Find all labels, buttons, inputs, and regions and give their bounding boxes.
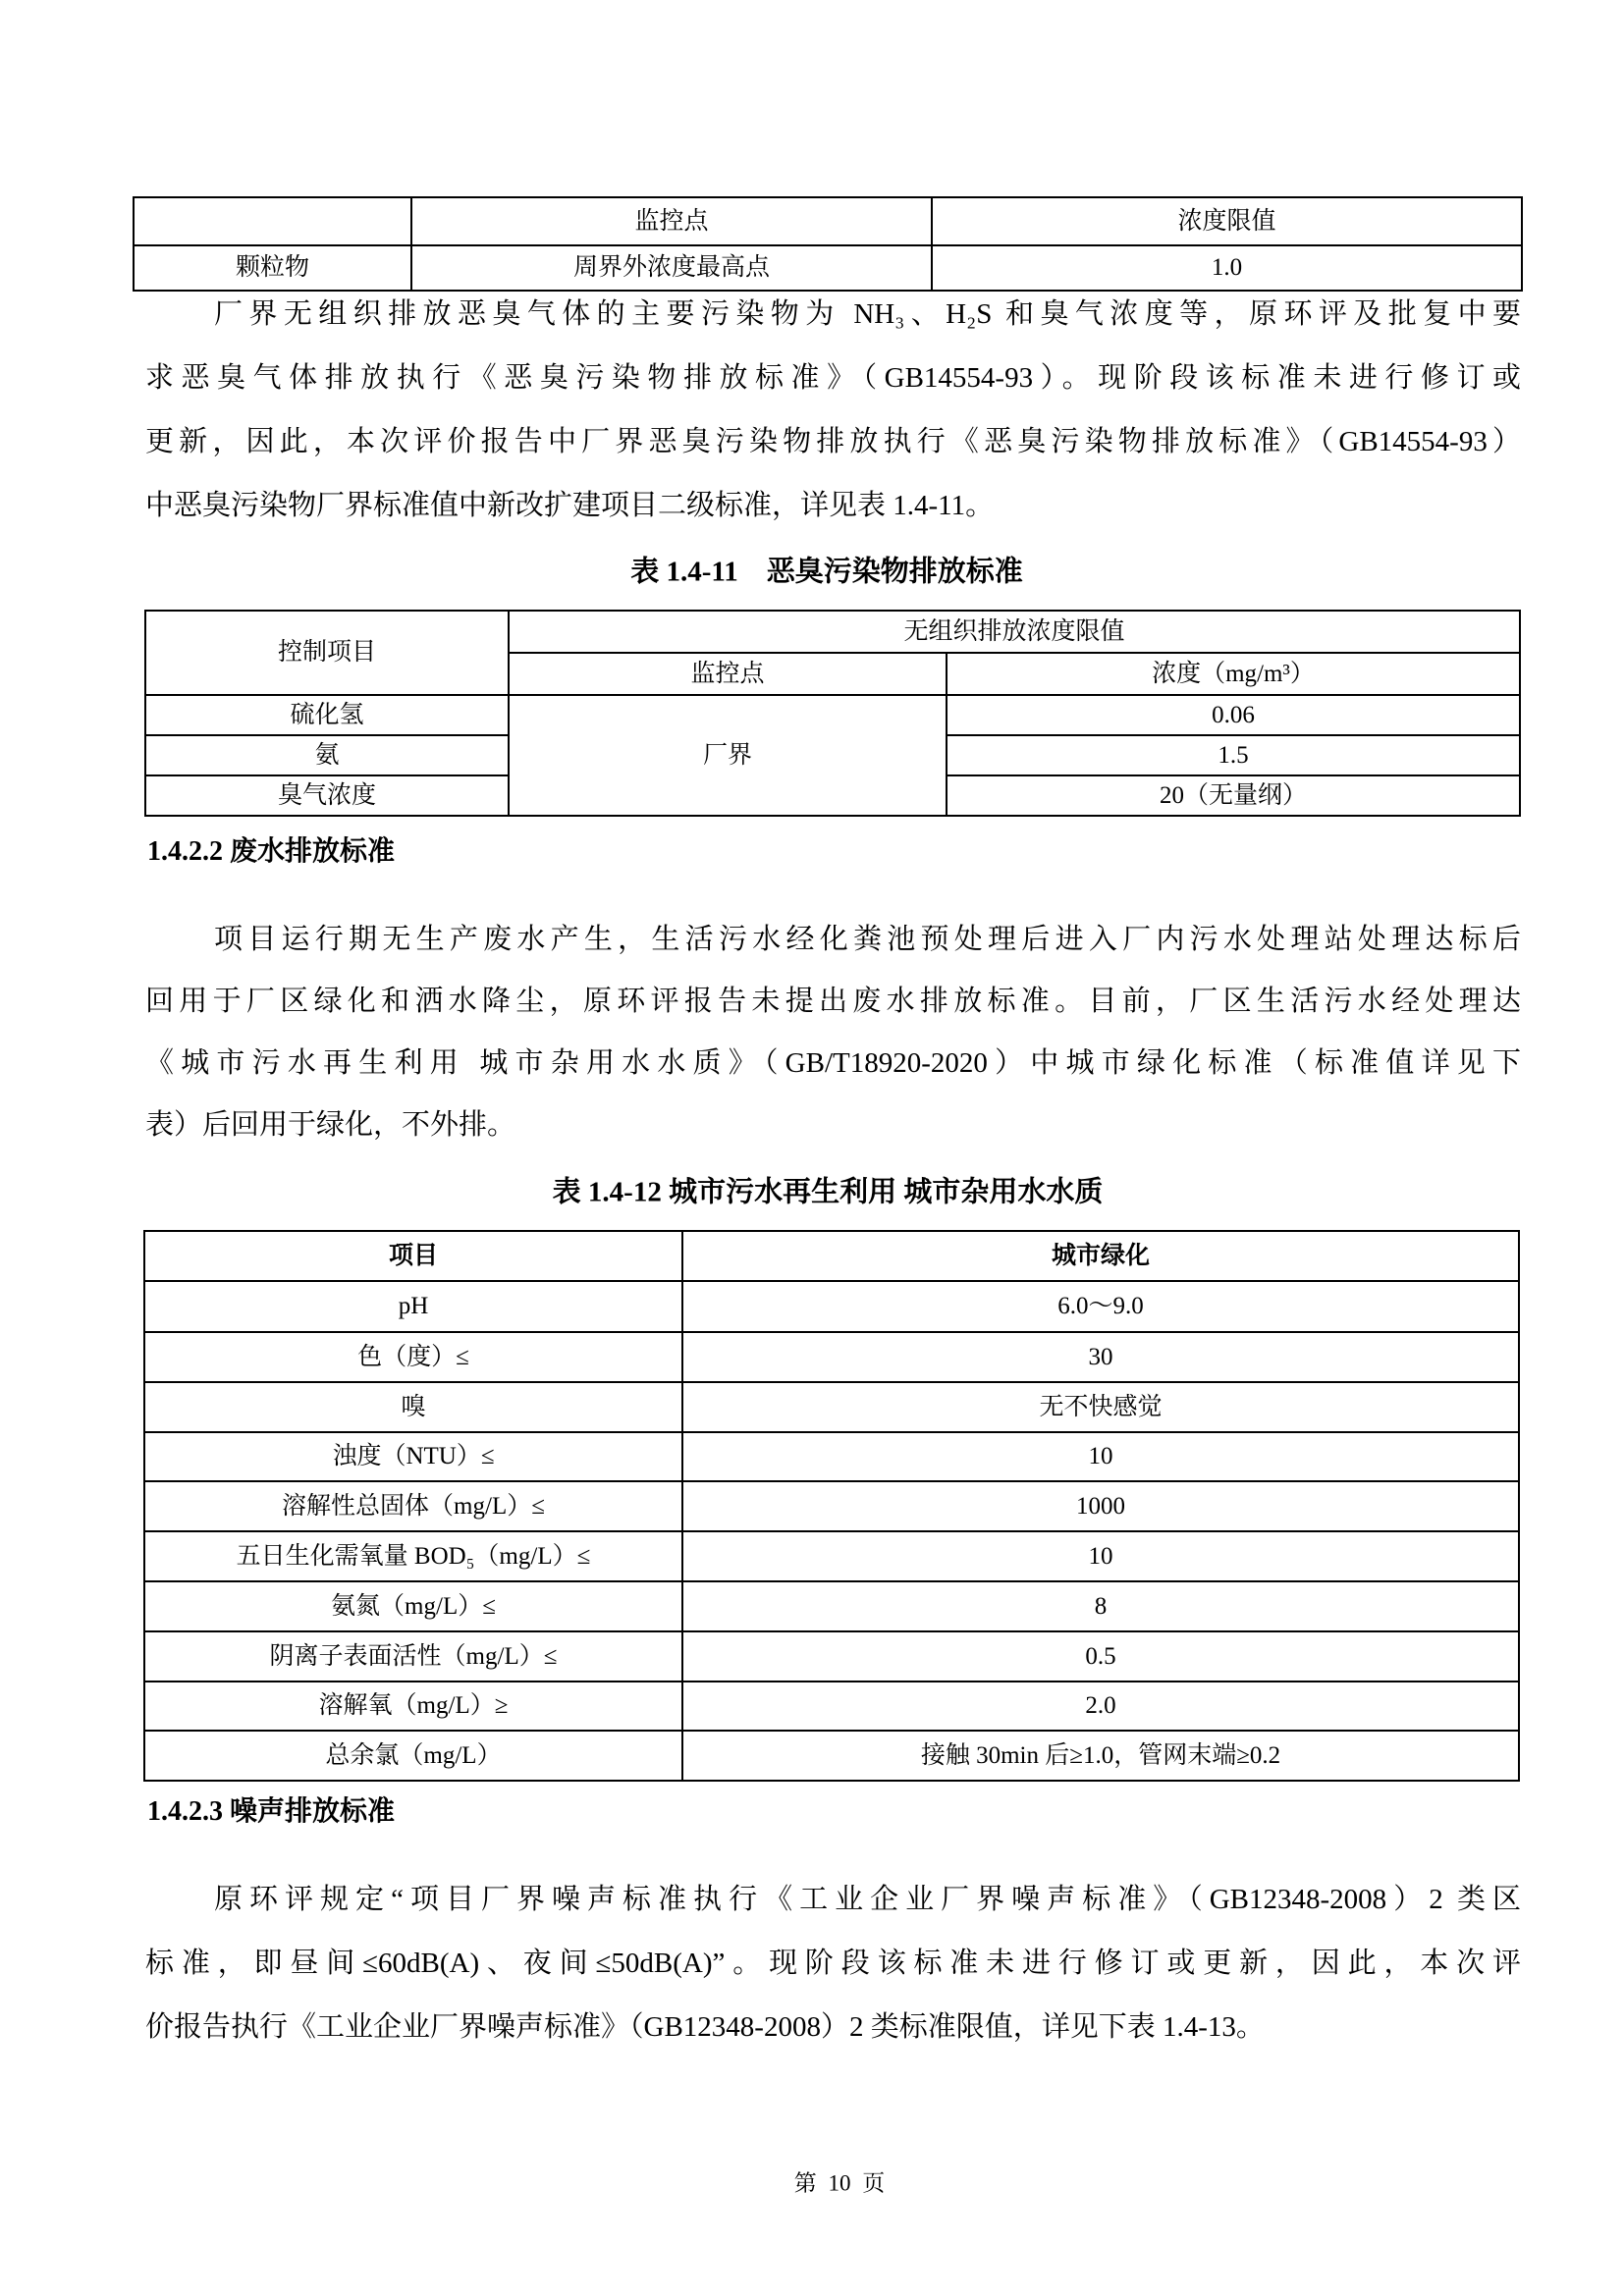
paragraph-line: 厂界无组织排放恶臭气体的主要污染物为 NH₃、H₂S 和臭气浓度等，原环评及批复… [145,283,1521,347]
cell-value: 2.0 [682,1682,1519,1731]
cell-item: 嗅 [144,1382,682,1432]
cell-item: 氨氮（mg/L）≤ [144,1581,682,1631]
paragraph-line: 项目运行期无生产废水产生，生活污水经化粪池预处理后进入厂内污水处理站处理达标后 [145,909,1521,971]
paragraph-line: 价报告执行《工业企业厂界噪声标准》（GB12348-2008）2 类标准限值，详… [145,1996,1521,2059]
page-number: 第 10 页 [794,2165,886,2198]
paragraph-line: 中恶臭污染物厂界标准值中新改扩建项目二级标准，详见表 1.4-11。 [145,474,1521,538]
section-heading-wastewater: 1.4.2.2 废水排放标准 [147,829,395,869]
table-row: pH 6.0～9.0 [144,1281,1519,1332]
table-header-row: 项目 城市绿化 [144,1231,1519,1281]
cell-value: 30 [682,1332,1519,1382]
paragraph-wastewater: 项目运行期无生产废水产生，生活污水经化粪池预处理后进入厂内污水处理站处理达标后 … [145,909,1521,1156]
header-cell-urban-greening: 城市绿化 [682,1231,1519,1281]
cell-pollutant: 臭气浓度 [145,775,509,816]
header-cell-control-item: 控制项目 [145,611,509,695]
table-water-quality: 项目 城市绿化 pH 6.0～9.0 色（度）≤ 30 嗅 无不快感觉 浊度（N… [143,1230,1520,1782]
cell-item: 色（度）≤ [144,1332,682,1382]
table-row: 总余氯（mg/L） 接触 30min 后≥1.0，管网末端≥0.2 [144,1731,1519,1781]
cell-monitor-point: 厂界 [509,695,947,816]
cell-value: 接触 30min 后≥1.0，管网末端≥0.2 [682,1731,1519,1781]
cell-item: 五日生化需氧量 BOD₅（mg/L）≤ [144,1531,682,1581]
paragraph-line: 表）后回用于绿化，不外排。 [145,1095,1521,1156]
paragraph-line: 求恶臭气体排放执行《恶臭污染物排放标准》（GB14554-93）。现阶段该标准未… [145,347,1521,410]
table-row: 浊度（NTU）≤ 10 [144,1432,1519,1481]
table-title-odor: 表 1.4-11 恶臭污染物排放标准 [630,550,1023,590]
cell-pollutant: 氨 [145,735,509,775]
paragraph-line: 标准，即昼间≤60dB(A)、夜间≤50dB(A)”。现阶段该标准未进行修订或更… [145,1932,1521,1996]
table-row: 阴离子表面活性（mg/L）≤ 0.5 [144,1631,1519,1682]
header-cell-limit: 浓度限值 [932,197,1522,245]
cell-concentration: 1.5 [947,735,1520,775]
table-header-row: 监控点 浓度限值 [134,197,1522,245]
table-particulate-limits: 监控点 浓度限值 颗粒物 周界外浓度最高点 1.0 [133,196,1523,292]
cell-item: 阴离子表面活性（mg/L）≤ [144,1631,682,1682]
cell-value: 1000 [682,1481,1519,1531]
paragraph-line: 更新，因此，本次评价报告中厂界恶臭污染物排放执行《恶臭污染物排放标准》（GB14… [145,410,1521,474]
cell-item: 总余氯（mg/L） [144,1731,682,1781]
cell-value: 无不快感觉 [682,1382,1519,1432]
paragraph-odor: 厂界无组织排放恶臭气体的主要污染物为 NH₃、H₂S 和臭气浓度等，原环评及批复… [145,283,1521,538]
cell-item: 溶解性总固体（mg/L）≤ [144,1481,682,1531]
table-row: 硫化氢 厂界 0.06 [145,695,1520,735]
cell-value: 10 [682,1531,1519,1581]
cell-item: 浊度（NTU）≤ [144,1432,682,1481]
header-cell-item: 项目 [144,1231,682,1281]
table-row: 嗅 无不快感觉 [144,1382,1519,1432]
table-row: 氨氮（mg/L）≤ 8 [144,1581,1519,1631]
header-cell-item [134,197,411,245]
cell-concentration: 20（无量纲） [947,775,1520,816]
table-odor-standards: 控制项目 无组织排放浓度限值 监控点 浓度（mg/m³） 硫化氢 厂界 0.06… [144,610,1521,817]
paragraph-line: 回用于厂区绿化和洒水降尘，原环评报告未提出废水排放标准。目前，厂区生活污水经处理… [145,971,1521,1033]
cell-value: 8 [682,1581,1519,1631]
paragraph-line: 原环评规定“项目厂界噪声标准执行《工业企业厂界噪声标准》（GB12348-200… [145,1868,1521,1932]
cell-value: 10 [682,1432,1519,1481]
cell-item: pH [144,1281,682,1332]
paragraph-noise: 原环评规定“项目厂界噪声标准执行《工业企业厂界噪声标准》（GB12348-200… [145,1868,1521,2059]
table-title-water-quality: 表 1.4-12 城市污水再生利用 城市杂用水水质 [553,1170,1104,1210]
cell-value: 6.0～9.0 [682,1281,1519,1332]
paragraph-line: 《城市污水再生利用 城市杂用水水质》（GB/T18920-2020）中城市绿化标… [145,1033,1521,1095]
header-cell-group: 无组织排放浓度限值 [509,611,1520,653]
table-row: 五日生化需氧量 BOD₅（mg/L）≤ 10 [144,1531,1519,1581]
cell-pollutant: 硫化氢 [145,695,509,735]
table-row: 色（度）≤ 30 [144,1332,1519,1382]
section-heading-noise: 1.4.2.3 噪声排放标准 [147,1789,395,1829]
table-header-row: 控制项目 无组织排放浓度限值 [145,611,1520,653]
header-cell-monitor-point: 监控点 [411,197,932,245]
header-cell-monitor-point: 监控点 [509,653,947,695]
cell-value: 0.5 [682,1631,1519,1682]
cell-concentration: 0.06 [947,695,1520,735]
table-row: 溶解氧（mg/L）≥ 2.0 [144,1682,1519,1731]
cell-item: 溶解氧（mg/L）≥ [144,1682,682,1731]
header-cell-concentration: 浓度（mg/m³） [947,653,1520,695]
table-row: 溶解性总固体（mg/L）≤ 1000 [144,1481,1519,1531]
